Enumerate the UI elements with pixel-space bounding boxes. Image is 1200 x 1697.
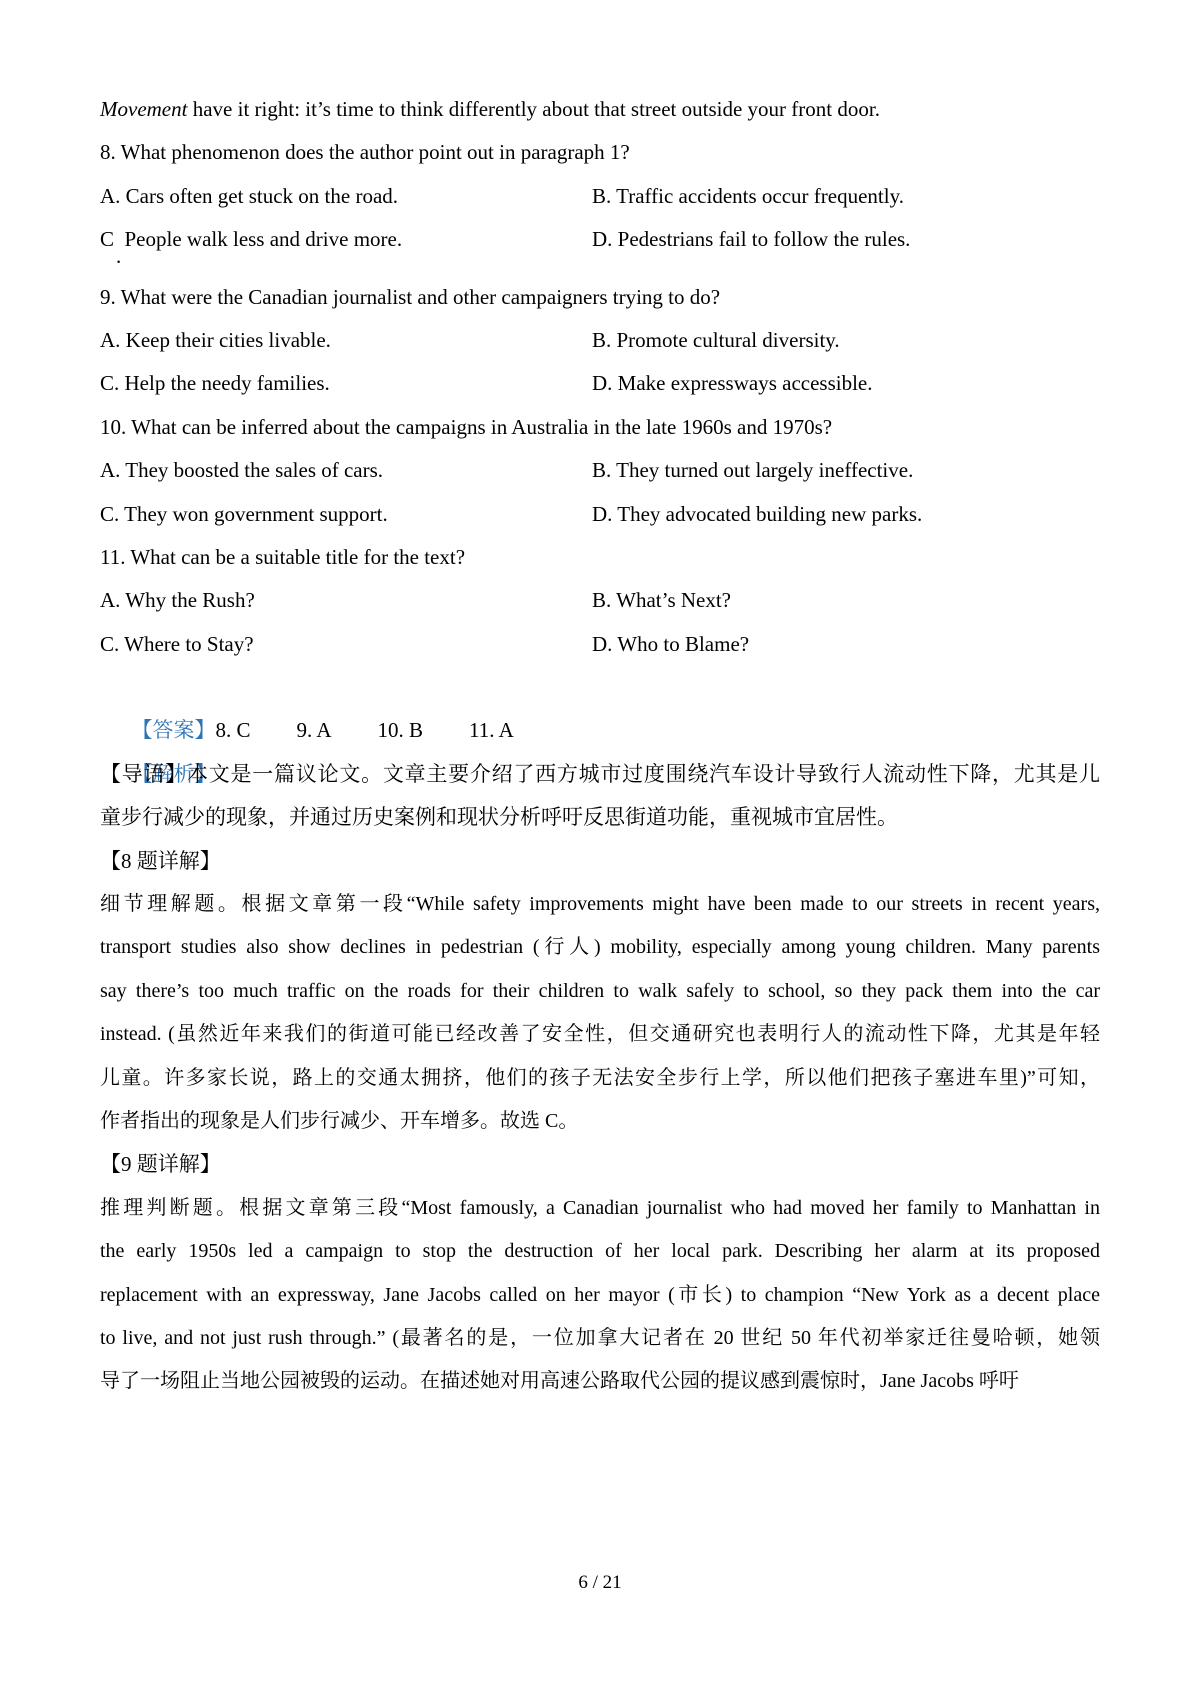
question-10-options-row-1: A. They boosted the sales of cars. B. Th…	[100, 449, 1100, 492]
passage-tail-line: Movement have it right: it’s time to thi…	[100, 88, 1100, 131]
question-9-stem: 9. What were the Canadian journalist and…	[100, 276, 1100, 319]
lead-line-2: 童步行减少的现象，并通过历史案例和现状分析呼吁反思街道功能，重视城市宜居性。	[100, 796, 1100, 839]
detail-8-line-5: 儿童。许多家长说，路上的交通太拥挤，他们的孩子无法安全步行上学，所以他们把孩子塞…	[100, 1057, 1100, 1100]
lead-line-1: 【导语】本文是一篇议论文。文章主要介绍了西方城市过度围绕汽车设计导致行人流动性下…	[100, 753, 1100, 796]
question-10-option-c: C. They won government support.	[100, 493, 388, 536]
question-9-option-c: C. Help the needy families.	[100, 362, 330, 405]
question-8-option-c: C People walk less and drive more.	[100, 218, 402, 261]
question-11-options-row-1: A. Why the Rush? B. What’s Next?	[100, 579, 1100, 622]
question-9-options-row-1: A. Keep their cities livable. B. Promote…	[100, 319, 1100, 362]
document-content: Movement have it right: it’s time to thi…	[100, 0, 1100, 1404]
detail-9-line-1: 推理判断题。根据文章第三段“Most famously, a Canadian …	[100, 1187, 1100, 1230]
detail-8-line-3: say there’s too much traffic on the road…	[100, 970, 1100, 1013]
question-8-options-row-1: A. Cars often get stuck on the road. B. …	[100, 175, 1100, 218]
question-10-option-a: A. They boosted the sales of cars.	[100, 449, 383, 492]
question-11-option-a: A. Why the Rush?	[100, 579, 255, 622]
answer-item-8: 8. C	[216, 718, 251, 742]
answer-item-10: 10. B	[378, 718, 424, 742]
detail-9-line-2: the early 1950s led a campaign to stop t…	[100, 1230, 1100, 1273]
question-11-option-b: B. What’s Next?	[592, 579, 731, 622]
detail-9-heading: 【9 题详解】	[100, 1143, 1100, 1186]
detail-9-line-3: replacement with an expressway, Jane Jac…	[100, 1274, 1100, 1317]
question-8-option-a: A. Cars often get stuck on the road.	[100, 175, 398, 218]
detail-8-line-2: transport studies also show declines in …	[100, 926, 1100, 969]
detail-8-line-1: 细节理解题。根据文章第一段“While safety improvements …	[100, 883, 1100, 926]
answers-tag: 【答案】	[132, 718, 216, 742]
question-10-option-d: D. They advocated building new parks.	[592, 493, 922, 536]
question-11-options-row-2: C. Where to Stay? D. Who to Blame?	[100, 623, 1100, 666]
document-page: Movement have it right: it’s time to thi…	[0, 0, 1200, 1697]
stray-period-artifact: .	[116, 246, 121, 267]
question-8-option-b: B. Traffic accidents occur frequently.	[592, 175, 904, 218]
question-10-option-b: B. They turned out largely ineffective.	[592, 449, 913, 492]
detail-9-line-4: to live, and not just rush through.” (最著…	[100, 1317, 1100, 1360]
question-9-option-d: D. Make expressways accessible.	[592, 362, 873, 405]
question-11-option-c: C. Where to Stay?	[100, 623, 254, 666]
question-8-options-row-2: C People walk less and drive more. D. Pe…	[100, 218, 1100, 261]
lead-text-1: 本文是一篇议论文。文章主要介绍了西方城市过度围绕汽车设计导致行人流动性下降，尤其…	[187, 762, 1100, 786]
page-number: 6 / 21	[0, 1568, 1200, 1598]
question-8-option-d: D. Pedestrians fail to follow the rules.	[592, 218, 910, 261]
passage-tail-text: have it right: it’s time to think differ…	[187, 97, 880, 121]
detail-8-heading: 【8 题详解】	[100, 840, 1100, 883]
question-11-option-d: D. Who to Blame?	[592, 623, 749, 666]
answer-item-11: 11. A	[469, 718, 514, 742]
passage-italic-title: Movement	[100, 97, 187, 121]
question-9-options-row-2: C. Help the needy families. D. Make expr…	[100, 362, 1100, 405]
question-9-option-b: B. Promote cultural diversity.	[592, 319, 840, 362]
question-9-option-a: A. Keep their cities livable.	[100, 319, 331, 362]
question-8-stem: 8. What phenomenon does the author point…	[100, 131, 1100, 174]
question-11-stem: 11. What can be a suitable title for the…	[100, 536, 1100, 579]
detail-9-line-5: 导了一场阻止当地公园被毁的运动。在描述她对用高速公路取代公园的提议感到震惊时，J…	[100, 1360, 1100, 1403]
answer-item-9: 9. A	[297, 718, 332, 742]
question-10-stem: 10. What can be inferred about the campa…	[100, 406, 1100, 449]
scan-artifact-gap	[100, 262, 1100, 276]
detail-8-line-4: instead. (虽然近年来我们的街道可能已经改善了安全性，但交通研究也表明行…	[100, 1013, 1100, 1056]
detail-8-line-6: 作者指出的现象是人们步行减少、开车增多。故选 C。	[100, 1100, 1100, 1143]
question-10-options-row-2: C. They won government support. D. They …	[100, 493, 1100, 536]
answers-line: 【答案】8. C9. A10. B11. A	[100, 666, 1100, 709]
lead-tag: 【导语】	[100, 762, 187, 786]
